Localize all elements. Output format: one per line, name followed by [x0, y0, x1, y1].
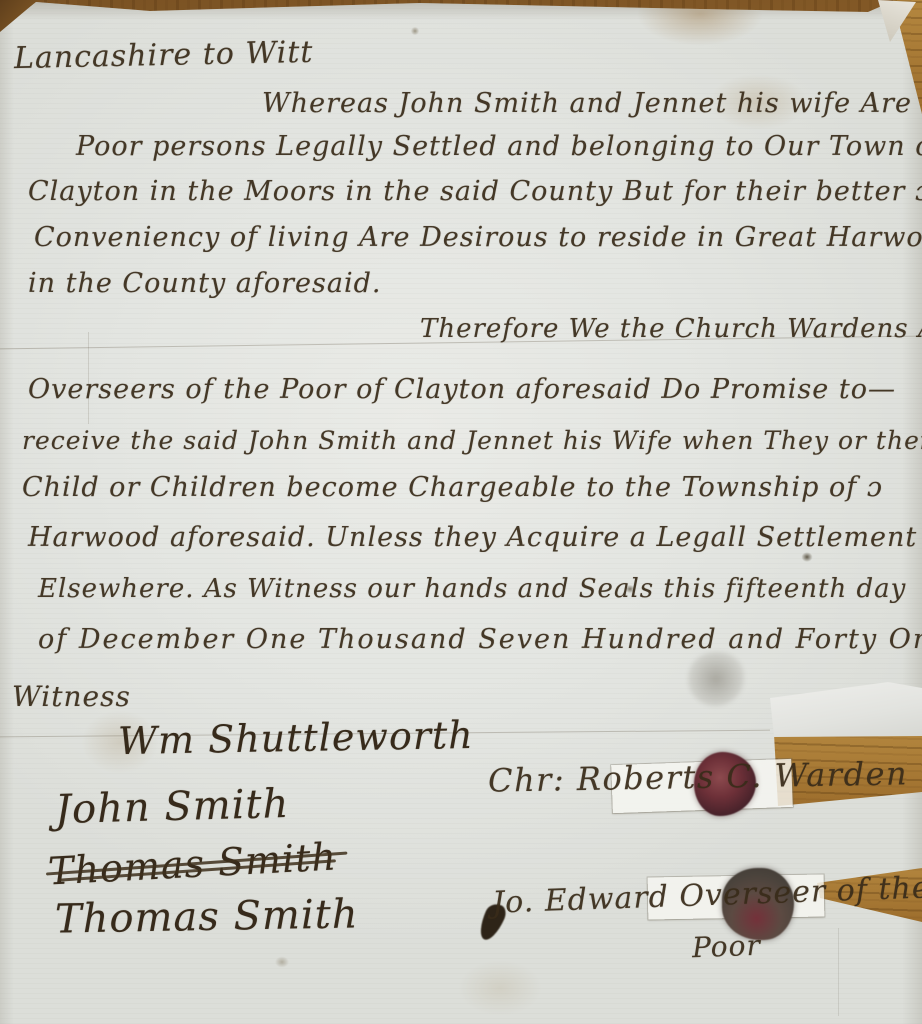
- body-line: in the County aforesaid.: [28, 268, 381, 299]
- body-line: Harwood aforesaid. Unless they Acquire a…: [28, 522, 917, 553]
- document-photo: Lancashire to Witt Whereas John Smith an…: [0, 0, 922, 1024]
- body-line: Poor persons Legally Settled and belongi…: [76, 131, 922, 162]
- county-heading: Lancashire to Witt: [14, 35, 314, 76]
- fold-crease-vertical-bottom: [838, 928, 839, 1016]
- signature-shuttleworth: Wm Shuttleworth: [118, 713, 474, 763]
- body-line: Conveniency of living Are Desirous to re…: [34, 222, 922, 253]
- body-line: Elsewhere. As Witness our hands and Seal…: [38, 574, 906, 604]
- body-line: receive the said John Smith and Jennet h…: [22, 426, 922, 455]
- signature-thomas-smith: Thomas Smith: [55, 891, 359, 942]
- signature-john-smith: John Smith: [54, 781, 289, 833]
- body-line: Child or Children become Chargeable to t…: [22, 472, 883, 503]
- body-line: Overseers of the Poor of Clayton aforesa…: [28, 374, 896, 405]
- signature-overseer-continued: Poor: [691, 929, 761, 964]
- body-line: Therefore We the Church Wardens And: [420, 314, 922, 344]
- body-line: Clayton in the Moors in the said County …: [28, 176, 922, 207]
- signature-church-warden: Chr: Roberts C. Warden: [488, 754, 909, 799]
- body-line: of December One Thousand Seven Hundred a…: [38, 624, 922, 655]
- body-line: Whereas John Smith and Jennet his wife A…: [262, 88, 912, 119]
- witness-label: Witness: [12, 680, 131, 713]
